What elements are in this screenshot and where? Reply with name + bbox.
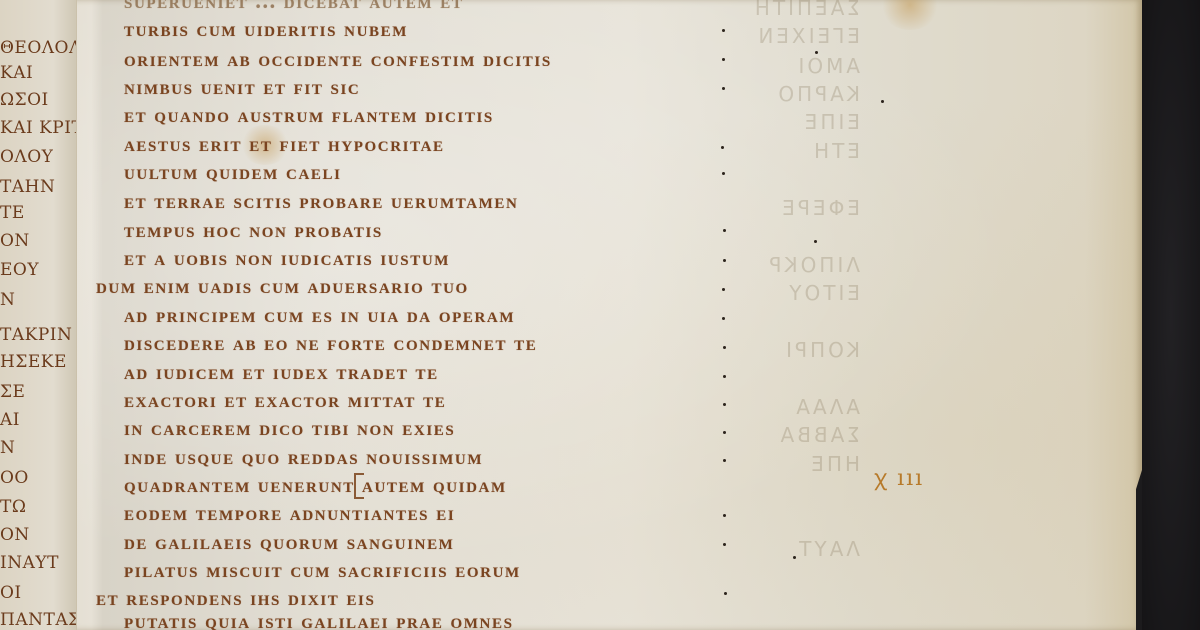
- latin-line: eodem tempore adnuntiantes ei: [124, 500, 455, 526]
- ink-dot: [722, 87, 725, 90]
- latin-line: discedere ab eo ne forte condemnet te: [124, 330, 537, 356]
- latin-line: turbis cum uideritis nubem: [124, 16, 408, 42]
- latin-line: orientem ab occidente confestim dicitis: [124, 46, 552, 72]
- latin-line: exactori et exactor mittat te: [124, 387, 446, 413]
- ink-dot: [723, 346, 726, 349]
- latin-line: putatis quia isti galilaei prae omnes: [124, 608, 514, 630]
- ink-dot: [814, 240, 817, 243]
- latin-line: et terrae scitis probare uerumtamen: [124, 188, 518, 214]
- ink-dot: [723, 543, 726, 546]
- ink-dot: [723, 431, 726, 434]
- latin-line: pilatus miscuit cum sacrificiis eorum: [124, 557, 521, 583]
- ink-dot: [723, 229, 726, 232]
- ink-dot: [723, 514, 726, 517]
- main-column-latin: superueniet ... dicebat autem etturbis c…: [0, 0, 860, 630]
- latin-line: uultum quidem caeli: [124, 159, 342, 185]
- dark-background: [1142, 0, 1200, 630]
- latin-line: aestus erit et fiet hypocritae: [124, 131, 445, 157]
- ink-dot: [881, 100, 884, 103]
- ink-dot: [722, 58, 725, 61]
- ink-dot: [723, 259, 726, 262]
- ink-dot: [815, 51, 818, 54]
- ink-dot: [721, 146, 724, 149]
- latin-line: ad principem cum es in uia da operam: [124, 302, 515, 328]
- latin-line: tempus hoc non probatis: [124, 217, 383, 243]
- latin-line: de galilaeis quorum sanguinem: [124, 529, 454, 555]
- stain: [880, 0, 940, 30]
- latin-line: quadrantem uenerunt autem quidam: [124, 472, 507, 498]
- marginal-note: ꭓ ııı: [874, 462, 924, 492]
- ink-dot: [722, 29, 725, 32]
- latin-line: et quando austrum flantem dicitis: [124, 102, 494, 128]
- latin-line: nimbus uenit et fit sic: [124, 74, 360, 100]
- latin-line: in carcerem dico tibi non exies: [124, 415, 455, 441]
- ink-dot: [722, 172, 725, 175]
- ink-dot: [793, 556, 796, 559]
- latin-line: superueniet ... dicebat autem et: [124, 0, 463, 14]
- ink-dot: [722, 288, 725, 291]
- ink-dot: [723, 375, 726, 378]
- ink-dot: [724, 592, 727, 595]
- section-bracket: [354, 473, 364, 499]
- latin-line: et a uobis non iudicatis iustum: [124, 245, 450, 271]
- ink-dot: [723, 459, 726, 462]
- latin-line: ad iudicem et iudex tradet te: [124, 359, 439, 385]
- ink-dot: [723, 403, 726, 406]
- ink-dot: [722, 317, 725, 320]
- latin-line: inde usque quo reddas nouissimum: [124, 444, 483, 470]
- latin-line: dum enim uadis cum aduersario tuo: [96, 273, 469, 299]
- manuscript-page: ΘΕΟΛΟΛΕΓΕΙΚΑΙΩΣΟΙΚΑΙ ΚΡΙΤΗΟΛΟΥΤΑΗΝΤΕΟΝΕΟ…: [0, 0, 1142, 630]
